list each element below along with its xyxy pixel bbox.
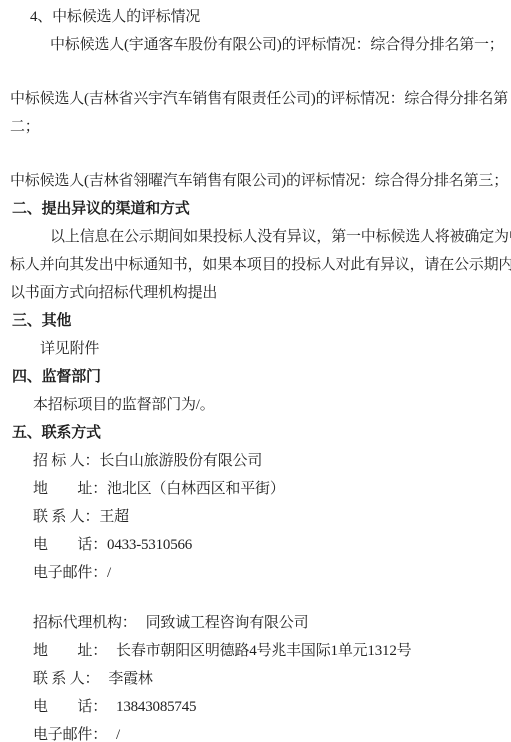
section-objection-heading: 二、提出异议的渠道和方式 xyxy=(12,195,503,223)
tenderer-name-label: 招 标 人： xyxy=(33,453,99,469)
agency-name-label: 招标代理机构： xyxy=(33,615,137,631)
agency-person-value: 李霞林 xyxy=(108,671,152,687)
objection-paragraph-line2: 标人并向其发出中标通知书，如果本项目的投标人对此有异议，请在公示期内 xyxy=(10,251,503,279)
document-page: 4、中标候选人的评标情况 中标候选人(宇通客车股份有限公司)的评标情况：综合得分… xyxy=(0,0,511,742)
objection-paragraph-line3: 以书面方式向招标代理机构提出 xyxy=(10,279,503,307)
agency-address-value: 长春市朝阳区明德路4号兆丰国际1单元1312号 xyxy=(116,643,411,659)
agency-name-row: 招标代理机构：同致诚工程咨询有限公司 xyxy=(33,609,503,637)
agency-email-row: 电子邮件：/ xyxy=(33,721,503,742)
tenderer-person-value: 王超 xyxy=(99,509,129,525)
tenderer-email-label: 电子邮件： xyxy=(33,565,107,581)
other-body: 详见附件 xyxy=(40,335,503,363)
agency-phone-label: 电 话： xyxy=(33,699,107,715)
agency-address-label: 地 址： xyxy=(33,643,107,659)
agency-name-value: 同致诚工程咨询有限公司 xyxy=(146,615,309,631)
objection-paragraph-line1: 以上信息在公示期间如果投标人没有异议，第一中标候选人将被确定为中 xyxy=(50,223,503,251)
tenderer-phone-row: 电 话：0433-5310566 xyxy=(33,531,503,559)
tenderer-person-label: 联 系 人： xyxy=(33,509,99,525)
section-supervision-heading: 四、监督部门 xyxy=(12,363,503,391)
agency-contact-block: 招标代理机构：同致诚工程咨询有限公司 地 址：长春市朝阳区明德路4号兆丰国际1单… xyxy=(10,609,503,742)
tenderer-email-row: 电子邮件：/ xyxy=(33,559,503,587)
section-contact-heading: 五、联系方式 xyxy=(12,419,503,447)
tenderer-email-value: / xyxy=(107,565,111,581)
agency-email-label: 电子邮件： xyxy=(33,727,107,742)
tenderer-phone-value: 0433-5310566 xyxy=(107,537,192,553)
tenderer-address-value: 池北区（白林西区和平街） xyxy=(107,481,285,497)
eval-candidate-3: 中标候选人(吉林省翎曜汽车销售有限公司)的评标情况：综合得分排名第三； xyxy=(10,167,503,195)
agency-person-row: 联 系 人：李霞林 xyxy=(33,665,503,693)
section-eval-heading: 4、中标候选人的评标情况 xyxy=(30,3,503,31)
tenderer-address-label: 地 址： xyxy=(33,481,107,497)
agency-address-row: 地 址：长春市朝阳区明德路4号兆丰国际1单元1312号 xyxy=(33,637,503,665)
tenderer-person-row: 联 系 人：王超 xyxy=(33,503,503,531)
supervision-body: 本招标项目的监督部门为/。 xyxy=(33,391,503,419)
agency-phone-row: 电 话：13843085745 xyxy=(33,693,503,721)
agency-phone-value: 13843085745 xyxy=(116,699,196,715)
agency-email-value: / xyxy=(116,727,120,742)
section-other-heading: 三、其他 xyxy=(12,307,503,335)
tenderer-name-value: 长白山旅游股份有限公司 xyxy=(99,453,262,469)
tenderer-name-row: 招 标 人：长白山旅游股份有限公司 xyxy=(33,447,503,475)
tenderer-phone-label: 电 话： xyxy=(33,537,107,553)
tenderer-contact-block: 招 标 人：长白山旅游股份有限公司 地 址：池北区（白林西区和平街） 联 系 人… xyxy=(10,447,503,587)
eval-candidate-2-line2: 二； xyxy=(10,113,503,141)
eval-candidate-2-line1: 中标候选人(吉林省兴宇汽车销售有限责任公司)的评标情况：综合得分排名第 xyxy=(10,85,503,113)
eval-candidate-1: 中标候选人(宇通客车股份有限公司)的评标情况：综合得分排名第一； xyxy=(50,31,503,59)
tenderer-address-row: 地 址：池北区（白林西区和平街） xyxy=(33,475,503,503)
agency-person-label: 联 系 人： xyxy=(33,671,99,687)
